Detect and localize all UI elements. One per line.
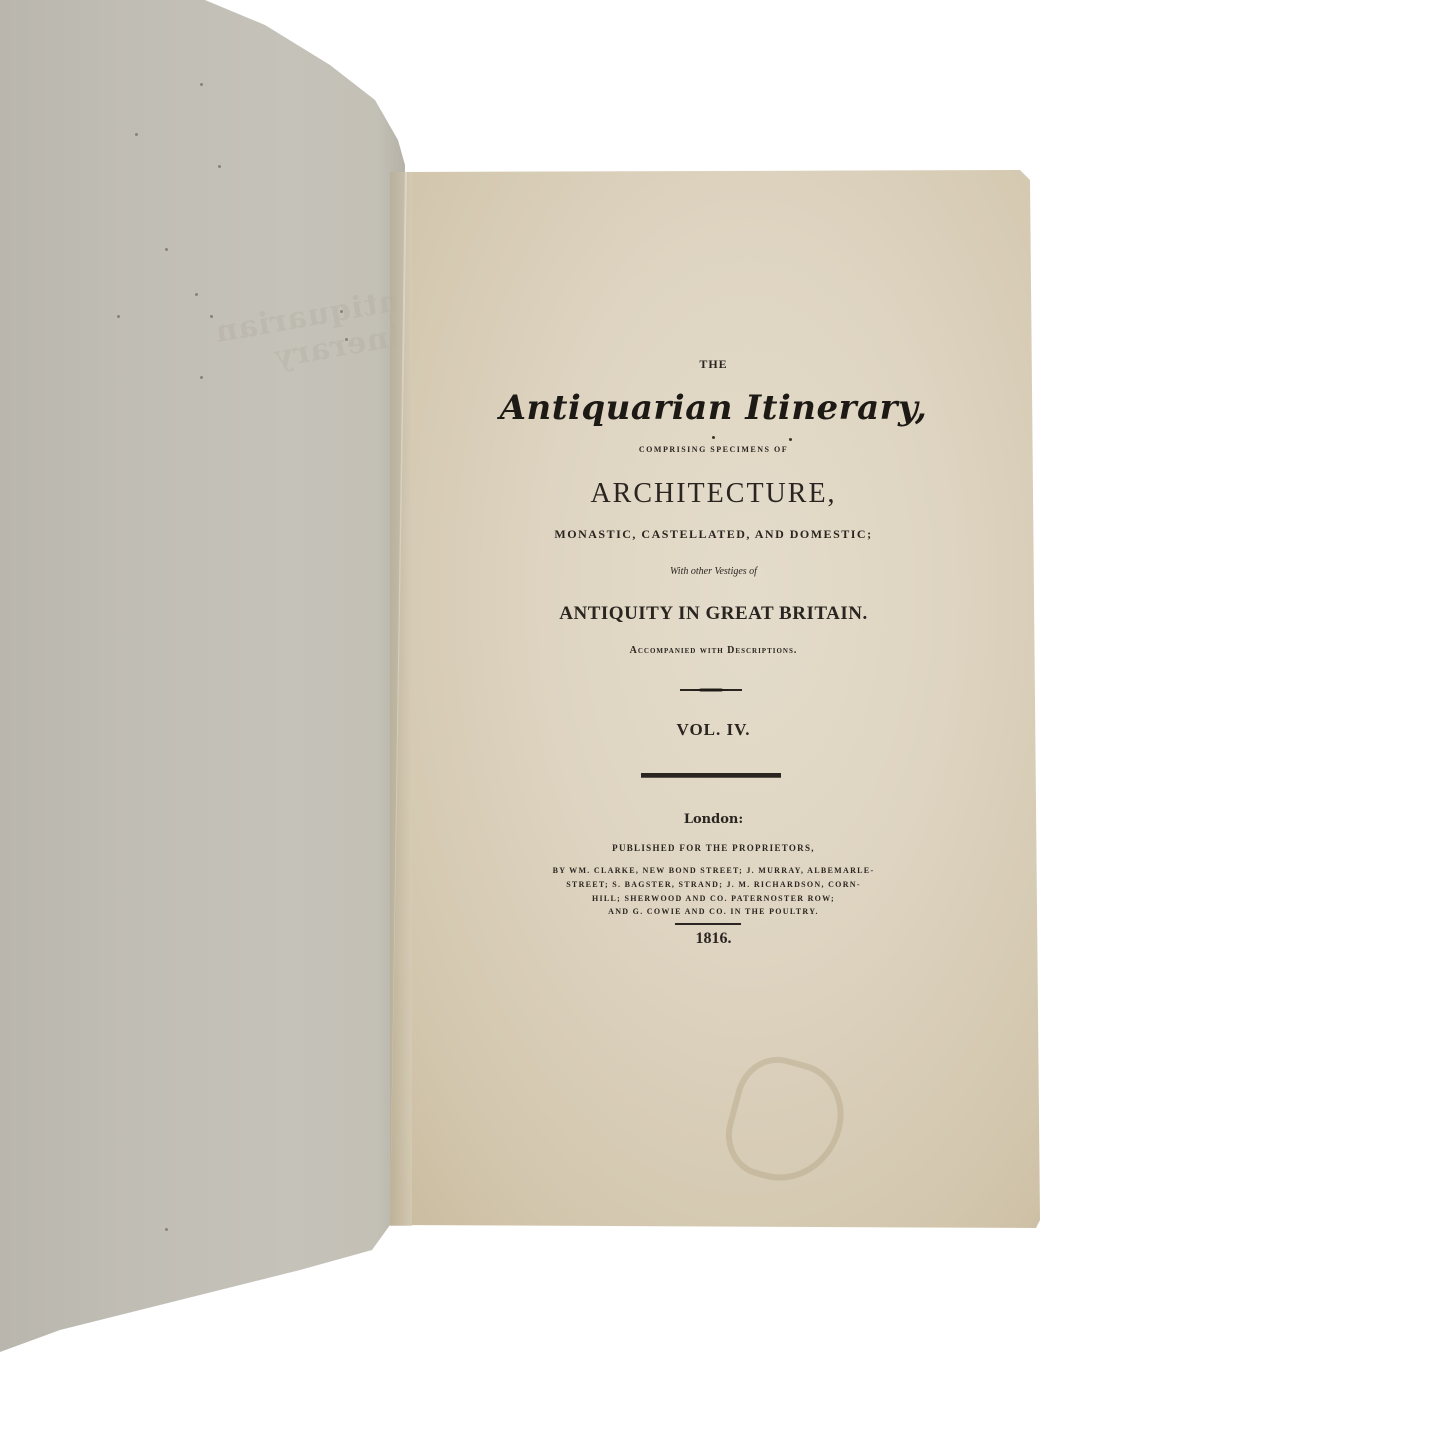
imprint-publishers-line: STREET; S. BAGSTER, STRAND; J. M. RICHAR… [407,880,1020,889]
subtitle-comprising: COMPRISING SPECIMENS OF [407,445,1020,454]
foxing-speck [117,315,120,318]
page-gutter [390,172,412,1226]
ornament-dot [789,438,792,441]
title-page [390,170,1040,1228]
book-photo: Antiquarian Itinerary THE Antiquarian It… [0,0,1445,1445]
subtitle-architecture: ARCHITECTURE, [407,478,1020,510]
foxing-speck [210,315,213,318]
thick-rule-divider [641,773,781,778]
foxing-speck [200,376,203,379]
foxing-speck [340,310,343,313]
imprint-published: PUBLISHED FOR THE PROPRIETORS, [407,843,1020,853]
title-the: THE [407,357,1020,372]
subtitle-with: With other Vestiges of [407,566,1020,577]
ornament-dot [712,436,715,439]
imprint-publishers-line: BY WM. CLARKE, NEW BOND STREET; J. MURRA… [407,866,1020,875]
publication-year: 1816. [407,930,1020,948]
volume-number: VOL. IV. [407,720,1020,740]
subtitle-antiquity: ANTIQUITY IN GREAT BRITAIN. [407,603,1020,625]
imprint-publishers-line: AND G. COWIE AND CO. IN THE POULTRY. [407,907,1020,916]
imprint-city: London: [407,812,1020,827]
subtitle-accompanied: Accompanied with Descriptions. [407,645,1020,656]
foxing-speck [135,133,138,136]
thin-rule-divider [675,923,741,925]
foxing-speck [165,248,168,251]
swelled-rule-divider [680,688,742,692]
foxing-speck [218,165,221,168]
imprint-publishers-line: HILL; SHERWOOD AND CO. PATERNOSTER ROW; [407,894,1020,903]
foxing-speck [195,293,198,296]
foxing-speck [345,338,348,341]
left-blank-page: Antiquarian Itinerary [0,0,410,1360]
book-title: Antiquarian Itinerary, [407,388,1020,428]
foxing-speck [200,83,203,86]
foxing-speck [165,1228,168,1231]
subtitle-types: MONASTIC, CASTELLATED, AND DOMESTIC; [407,527,1020,542]
